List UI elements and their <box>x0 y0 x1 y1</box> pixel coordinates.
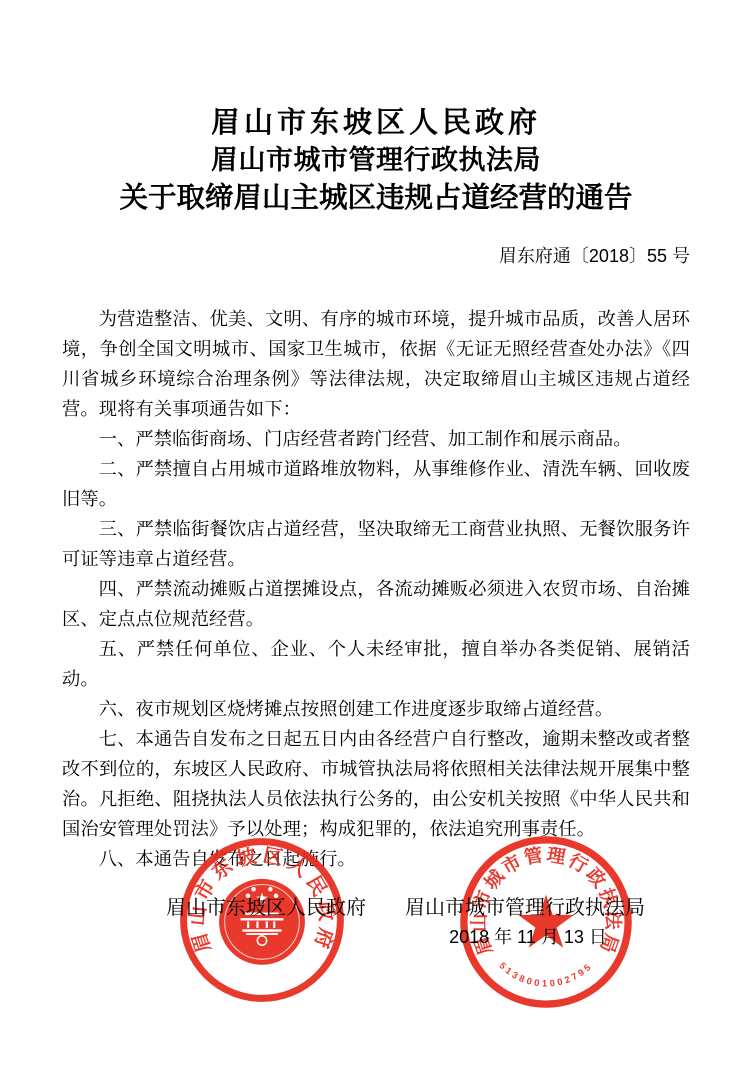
official-seal-enforcement: 眉山市城市管理行政执法局 5138001002795 <box>458 834 634 1010</box>
paragraph-intro: 为营造整洁、优美、文明、有序的城市环境，提升城市品质，改善人居环境，争创全国文明… <box>62 304 690 424</box>
signature-left: 眉山市东坡区人民政府 <box>116 897 416 919</box>
paragraph-item-5: 五、严禁任何单位、企业、个人未经审批，擅自举办各类促销、展销活动。 <box>62 634 690 694</box>
paragraph-item-3: 三、严禁临街餐饮店占道经营，坚决取缔无工商营业执照、无餐饮服务许可证等违章占道经… <box>62 514 690 574</box>
official-seal-government: 眉山市东坡区人民政府 <box>178 836 346 1004</box>
national-emblem-icon <box>219 879 305 965</box>
paragraph-item-1: 一、严禁临街商场、门店经营者跨门经营、加工制作和展示商品。 <box>62 424 690 454</box>
paragraph-item-6: 六、夜市规划区烧烤摊点按照创建工作进度逐步取缔占道经营。 <box>62 694 690 724</box>
paragraph-item-4: 四、严禁流动摊贩占道摆摊设点，各流动摊贩必须进入农贸市场、自治摊区、定点点位规范… <box>62 574 690 634</box>
document-title-line-1: 眉山市东坡区人民政府 <box>62 104 690 142</box>
document-title-line-2: 眉山市城市管理行政执法局 <box>62 142 690 179</box>
paragraph-item-2: 二、严禁擅自占用城市道路堆放物料，从事维修作业、清洗车辆、回收废旧等。 <box>62 454 690 514</box>
signature-right: 眉山市城市管理行政执法局 <box>375 897 675 919</box>
svg-text:5138001002795: 5138001002795 <box>497 960 594 988</box>
document-number: 眉东府通〔2018〕55 号 <box>62 245 690 267</box>
document-title-line-3: 关于取缔眉山主城区违规占道经营的通告 <box>62 179 690 219</box>
seal-code: 5138001002795 <box>497 960 594 988</box>
paragraph-item-7: 七、本通告自发布之日起五日内由各经营户自行整改，逾期未整改或者整改不到位的，东坡… <box>62 724 690 844</box>
notice-body: 为营造整洁、优美、文明、有序的城市环境，提升城市品质，改善人居环境，争创全国文明… <box>62 304 690 874</box>
notice-page: 眉山市东坡区人民政府 眉山市城市管理行政执法局 关于取缔眉山主城区违规占道经营的… <box>0 0 740 1066</box>
issue-date: 2018 年 11 月 13 日 <box>378 926 678 948</box>
